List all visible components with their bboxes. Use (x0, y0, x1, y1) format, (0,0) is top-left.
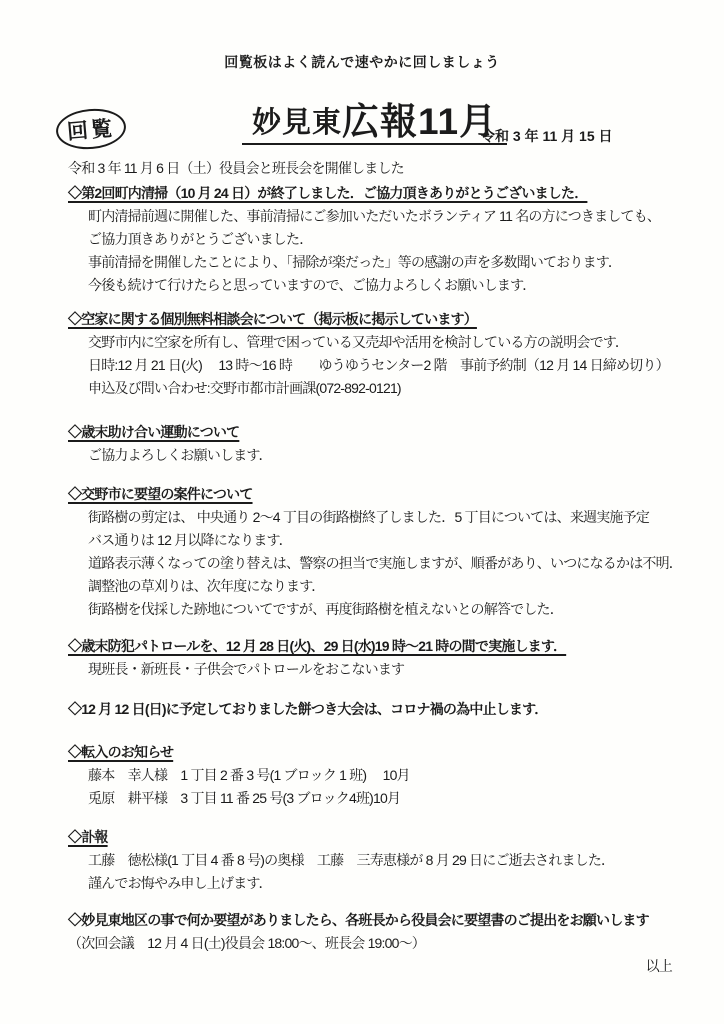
newsletter-body: 令和 3 年 11 月 6 日（土）役員会と班長会を開催しました ◇第2回町内清… (68, 157, 682, 978)
scanned-newsletter-page: 回覧板はよく読んで速やかに回しましょう 回覧 妙見東 広報11月 令和 3 年 … (0, 0, 724, 1024)
newsletter-section: ◇交野市に要望の案件について 街路樹の剪定は、 中央通り 2～4 丁目の街路樹終… (68, 483, 682, 621)
section-line: ご協力よろしくお願いします． (68, 444, 682, 467)
section-line: 今後も続けて行けたらと思っていますので、ご協力よろしくお願いします． (68, 274, 682, 297)
newsletter-section: ◇訃報 工藤 徳松様(1 丁目 4 番 8 号)の奥様 工藤 三寿恵様が 8 月… (68, 826, 682, 895)
section-line: 町内清掃前週に開催した、事前清掃にご参加いただいたボランティア 11 名の方につ… (68, 205, 682, 228)
section-lines: 町内清掃前週に開催した、事前清掃にご参加いただいたボランティア 11 名の方につ… (68, 205, 682, 297)
newsletter-section: ◇妙見東地区の事で何か要望がありましたら、各班長から役員会に要望書のご提出をお願… (68, 909, 682, 955)
newsletter-section: ◇歳末防犯パトロールを、12 月 28 日(火)、29 日(水)19 時～21 … (68, 635, 682, 681)
newsletter-section: ◇12 月 12 日(日)に予定しておりました餅つき大会は、コロナ禍の為中止しま… (68, 698, 682, 721)
section-line: 謹んでお悔やみ申し上げます． (68, 872, 682, 895)
section-heading: ◇12 月 12 日(日)に予定しておりました餅つき大会は、コロナ禍の為中止しま… (68, 698, 682, 721)
kairan-stamp: 回覧 (54, 106, 127, 152)
section-lines: 交野市内に空家を所有し、管理で困っている又売却や活用を検討している方の説明会です… (68, 331, 682, 400)
section-heading: ◇転入のお知らせ (68, 741, 682, 764)
circulation-slogan: 回覧板はよく読んで速やかに回しましょう (0, 52, 724, 72)
closing-text: 以上 (68, 955, 682, 978)
section-line: 調整池の草刈りは、次年度になります． (68, 575, 682, 598)
section-heading: ◇交野市に要望の案件について (68, 483, 682, 506)
newsletter-section: ◇第2回町内清掃（10 月 24 日）が終了しました．ご協力頂きありがとうござい… (68, 182, 682, 297)
intro-line: 令和 3 年 11 月 6 日（土）役員会と班長会を開催しました (68, 157, 682, 180)
section-line: 日時:12 月 21 日(火) 13 時～16 時 ゆうゆうセンター2 階 事前… (68, 354, 682, 377)
section-lines: 街路樹の剪定は、 中央通り 2～4 丁目の街路樹終了しました．5 丁目については… (68, 506, 682, 621)
newsletter-section: ◇歳末助け合い運動について ご協力よろしくお願いします． (68, 421, 682, 467)
sections-container: ◇第2回町内清掃（10 月 24 日）が終了しました．ご協力頂きありがとうござい… (68, 182, 682, 955)
section-line: 工藤 徳松様(1 丁目 4 番 8 号)の奥様 工藤 三寿恵様が 8 月 29 … (68, 849, 682, 872)
section-lines: ご協力よろしくお願いします． (68, 444, 682, 467)
newsletter-section: ◇空家に関する個別無料相談会について（掲示板に掲示しています） 交野市内に空家を… (68, 308, 682, 400)
section-line: 藤本 幸人様 1 丁目 2 番 3 号(1 ブロック 1 班) 10月 (68, 764, 682, 787)
section-lines: 藤本 幸人様 1 丁目 2 番 3 号(1 ブロック 1 班) 10月兎原 耕平… (68, 764, 682, 810)
section-heading: ◇空家に関する個別無料相談会について（掲示板に掲示しています） (68, 308, 682, 331)
section-lines: （次回会議 12 月 4 日(土)役員会 18:00～、班長会 19:00～） (68, 932, 682, 955)
section-line: （次回会議 12 月 4 日(土)役員会 18:00～、班長会 19:00～） (68, 932, 682, 955)
newsletter-masthead: 妙見東 広報11月 (242, 103, 507, 145)
section-line: ご協力頂きありがとうございました． (68, 228, 682, 251)
section-line: 申込及び問い合わせ:交野市都市計画課(072-892-0121) (68, 377, 682, 400)
section-line: 兎原 耕平様 3 丁目 11 番 25 号(3 ブロック4班)10月 (68, 787, 682, 810)
section-lines: 工藤 徳松様(1 丁目 4 番 8 号)の奥様 工藤 三寿恵様が 8 月 29 … (68, 849, 682, 895)
section-heading: ◇歳末助け合い運動について (68, 421, 682, 444)
section-line: 交野市内に空家を所有し、管理で困っている又売却や活用を検討している方の説明会です… (68, 331, 682, 354)
section-line: バス通りは 12 月以降になります． (68, 529, 682, 552)
section-heading: ◇歳末防犯パトロールを、12 月 28 日(火)、29 日(水)19 時～21 … (68, 635, 682, 658)
kairan-stamp-label: 回覧 (66, 112, 116, 146)
newsletter-title-main: 広報11月 (342, 103, 497, 140)
section-heading: ◇第2回町内清掃（10 月 24 日）が終了しました．ご協力頂きありがとうござい… (68, 182, 682, 205)
section-heading: ◇妙見東地区の事で何か要望がありましたら、各班長から役員会に要望書のご提出をお願… (68, 909, 682, 932)
section-line: 街路樹の剪定は、 中央通り 2～4 丁目の街路樹終了しました．5 丁目については… (68, 506, 682, 529)
section-line: 現班長・新班長・子供会でパトロールをおこないます (68, 658, 682, 681)
section-line: 道路表示薄くなっての塗り替えは、警察の担当で実施しますが、順番があり、いつになる… (68, 552, 682, 575)
section-lines: 現班長・新班長・子供会でパトロールをおこないます (68, 658, 682, 681)
newsletter-title-prefix: 妙見東 (252, 108, 342, 140)
issue-date: 令和 3 年 11 月 15 日 (481, 126, 613, 146)
section-line: 事前清掃を開催したことにより、「掃除が楽だった」等の感謝の声を多数聞いております… (68, 251, 682, 274)
newsletter-section: ◇転入のお知らせ 藤本 幸人様 1 丁目 2 番 3 号(1 ブロック 1 班)… (68, 741, 682, 810)
section-line: 街路樹を伐採した跡地についてですが、再度街路樹を植えないとの解答でした． (68, 598, 682, 621)
section-heading: ◇訃報 (68, 826, 682, 849)
